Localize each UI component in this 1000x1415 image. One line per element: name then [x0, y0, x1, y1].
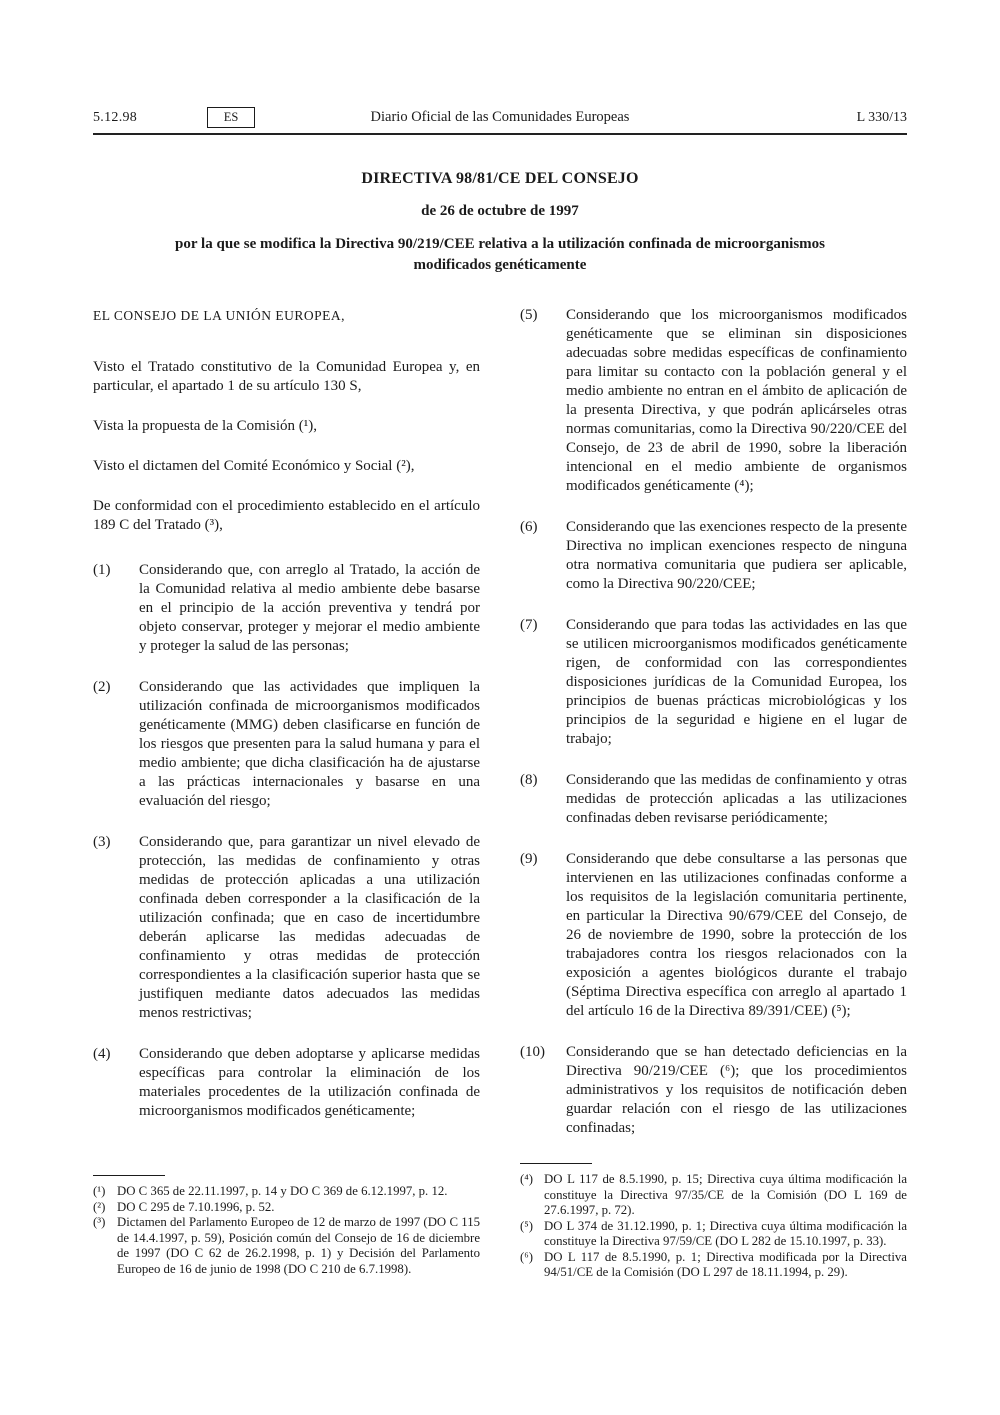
footnote-text: Dictamen del Parlamento Europeo de 12 de… — [117, 1215, 480, 1277]
recital-item: (4) Considerando que deben adoptarse y a… — [93, 1045, 480, 1121]
header-divider — [93, 133, 907, 135]
footnote-text: DO L 117 de 8.5.1990, p. 15; Directiva c… — [544, 1172, 907, 1219]
footnote: (⁴) DO L 117 de 8.5.1990, p. 15; Directi… — [520, 1172, 907, 1219]
directive-title: DIRECTIVA 98/81/CE DEL CONSEJO — [0, 170, 1000, 188]
left-column: EL CONSEJO DE LA UNIÓN EUROPEA, Visto el… — [93, 306, 480, 1160]
footnote-text: DO L 117 de 8.5.1990, p. 1; Directiva mo… — [544, 1250, 907, 1281]
recital-number: (6) — [520, 518, 566, 594]
footnotes-left: (¹) DO C 365 de 22.11.1997, p. 14 y DO C… — [93, 1175, 480, 1277]
preamble-paragraph: De conformidad con el procedimiento esta… — [93, 497, 480, 535]
recital-text: Considerando que los microorganismos mod… — [566, 306, 907, 496]
footnote-divider — [93, 1175, 165, 1176]
footnote-text: DO C 295 de 7.10.1996, p. 52. — [117, 1200, 480, 1216]
footnote: (²) DO C 295 de 7.10.1996, p. 52. — [93, 1200, 480, 1216]
recital-number: (3) — [93, 833, 139, 1023]
recital-text: Considerando que, para garantizar un niv… — [139, 833, 480, 1023]
recital-item: (8) Considerando que las medidas de conf… — [520, 771, 907, 828]
document-title-block: DIRECTIVA 98/81/CE DEL CONSEJO de 26 de … — [0, 170, 1000, 276]
footnote-marker: (⁵) — [520, 1219, 544, 1250]
two-column-body: EL CONSEJO DE LA UNIÓN EUROPEA, Visto el… — [93, 306, 907, 1160]
directive-date: de 26 de octubre de 1997 — [0, 203, 1000, 220]
footnote-marker: (⁶) — [520, 1250, 544, 1281]
recital-item: (2) Considerando que las actividades que… — [93, 678, 480, 811]
recital-item: (1) Considerando que, con arreglo al Tra… — [93, 561, 480, 656]
preamble-paragraph: Visto el Tratado constitutivo de la Comu… — [93, 358, 480, 396]
recital-item: (9) Considerando que debe consultarse a … — [520, 850, 907, 1021]
recital-text: Considerando que las medidas de confinam… — [566, 771, 907, 828]
page-reference: L 330/13 — [857, 110, 907, 126]
footnote-divider — [520, 1163, 592, 1164]
recital-text: Considerando que se han detectado defici… — [566, 1043, 907, 1138]
page-header: 5.12.98 ES Diario Oficial de las Comunid… — [93, 107, 907, 133]
recital-item: (7) Considerando que para todas las acti… — [520, 616, 907, 749]
recital-number: (2) — [93, 678, 139, 811]
recital-number: (8) — [520, 771, 566, 828]
recital-number: (10) — [520, 1043, 566, 1138]
footnote-text: DO L 374 de 31.12.1990, p. 1; Directiva … — [544, 1219, 907, 1250]
recital-text: Considerando que debe consultarse a las … — [566, 850, 907, 1021]
footnote-marker: (³) — [93, 1215, 117, 1277]
recital-text: Considerando que deben adoptarse y aplic… — [139, 1045, 480, 1121]
recital-number: (1) — [93, 561, 139, 656]
footnote: (⁶) DO L 117 de 8.5.1990, p. 1; Directiv… — [520, 1250, 907, 1281]
footnote-text: DO C 365 de 22.11.1997, p. 14 y DO C 369… — [117, 1184, 480, 1200]
preamble-heading: EL CONSEJO DE LA UNIÓN EUROPEA, — [93, 306, 480, 325]
recital-number: (7) — [520, 616, 566, 749]
right-column: (5) Considerando que los microorganismos… — [520, 306, 907, 1160]
recital-item: (6) Considerando que las exenciones resp… — [520, 518, 907, 594]
recital-text: Considerando que las exenciones respecto… — [566, 518, 907, 594]
footnote-marker: (⁴) — [520, 1172, 544, 1219]
journal-title: Diario Oficial de las Comunidades Europe… — [93, 109, 907, 126]
footnote: (³) Dictamen del Parlamento Europeo de 1… — [93, 1215, 480, 1277]
recital-number: (5) — [520, 306, 566, 496]
official-journal-page: 5.12.98 ES Diario Oficial de las Comunid… — [0, 0, 1000, 1415]
footnotes-right: (⁴) DO L 117 de 8.5.1990, p. 15; Directi… — [520, 1163, 907, 1281]
preamble-paragraph: Vista la propuesta de la Comisión (¹), — [93, 417, 480, 436]
recital-text: Considerando que, con arreglo al Tratado… — [139, 561, 480, 656]
recital-text: Considerando que para todas las activida… — [566, 616, 907, 749]
recital-item: (3) Considerando que, para garantizar un… — [93, 833, 480, 1023]
directive-subtitle: por la que se modifica la Directiva 90/2… — [175, 234, 825, 276]
footnote-marker: (²) — [93, 1200, 117, 1216]
recital-item: (10) Considerando que se han detectado d… — [520, 1043, 907, 1138]
preamble-paragraph: Visto el dictamen del Comité Económico y… — [93, 457, 480, 476]
footnote-marker: (¹) — [93, 1184, 117, 1200]
recital-text: Considerando que las actividades que imp… — [139, 678, 480, 811]
recital-number: (9) — [520, 850, 566, 1021]
recital-number: (4) — [93, 1045, 139, 1121]
recital-item: (5) Considerando que los microorganismos… — [520, 306, 907, 496]
footnote: (¹) DO C 365 de 22.11.1997, p. 14 y DO C… — [93, 1184, 480, 1200]
footnote: (⁵) DO L 374 de 31.12.1990, p. 1; Direct… — [520, 1219, 907, 1250]
